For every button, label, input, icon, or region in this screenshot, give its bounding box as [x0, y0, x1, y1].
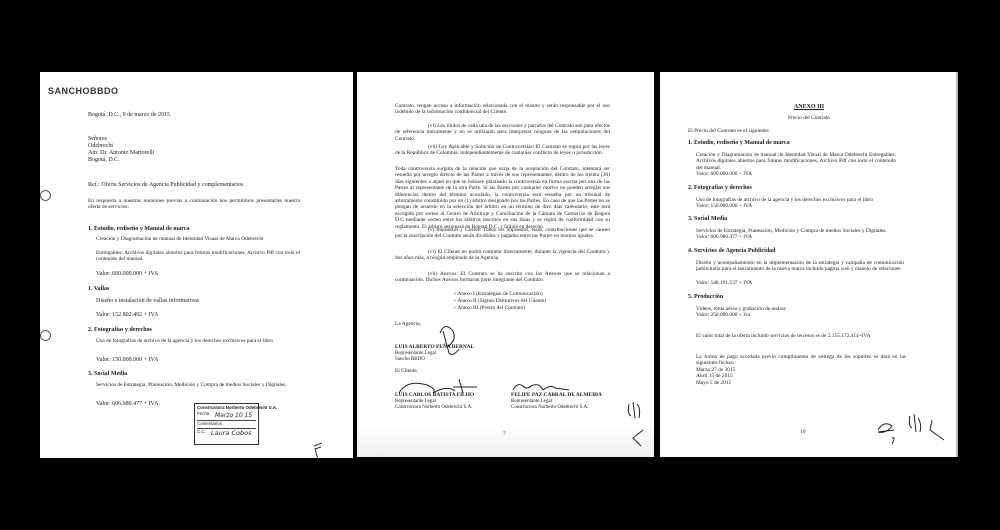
total-value: El valor total de la oferta incluido ser… [696, 333, 871, 340]
contract-paragraph: (vii) Ley Aplicable y Solución de Contro… [395, 144, 610, 157]
contract-paragraph: Toda controversia surgida de la relación… [395, 166, 610, 230]
stamp-fecha-row: Fecha Marzo 10 15 [197, 411, 256, 421]
section-value: Valor: 152.802.492 + IVA [96, 312, 158, 319]
section-title: 2. Fotografías y derechos [88, 327, 152, 334]
letter-date: Bogotá, D.C., 9 de marzo de 2015 [88, 112, 170, 119]
stamp-fecha-value: Marzo 10 15 [215, 412, 252, 419]
section-value: Valor: 150.000.000 + IVA [96, 357, 158, 364]
payment-date: Mayo 5 de 2015 [696, 380, 735, 386]
stamp-cc-label: C.C. [197, 429, 206, 434]
stamp-comentarios-label: Comentarios [197, 421, 222, 426]
contract-paragraph: (v) Impuestos y Costos: Todos los impues… [395, 227, 610, 240]
price-section-body: Creación y Diagramación de manual de Ide… [696, 152, 896, 171]
recipient-line: Señores [88, 136, 154, 143]
annex-label: Anexo I (Estrategias de Comunicación) [457, 291, 542, 297]
stamp-cc-value: Laura Cobos [211, 429, 251, 437]
client-label: El Cliente, [395, 368, 418, 375]
letter-page: SANCHOBBDO Bogotá, D.C., 9 de marzo de 2… [40, 72, 353, 458]
contract-paragraph: (vi) Los títulos de cada una de las secc… [395, 123, 610, 142]
price-section-title: 1. Estudio, rediseño y Manual de marca [688, 140, 789, 147]
annex-item: ○ Anexo II (Signos Distintivos del Clien… [453, 298, 546, 305]
signer-client-1: LUIS CARLOS BATISTA FILHO Representante … [395, 392, 474, 411]
price-section-title: 4. Servicios de Agencia Publicidad [688, 248, 776, 255]
signer-agency: LUIS ALBERTO PEÑA BERNAL Representante L… [395, 344, 474, 363]
annex-page: ANEXO III Precio del Contrato El Precio … [660, 72, 958, 457]
section-body: Uso de fotografías de archivo de la agen… [96, 338, 300, 344]
contract-paragraph: (vii) Anexos: El Contrato se ha suscrito… [395, 271, 610, 284]
initials-signature-icon [625, 398, 647, 448]
section-title: 3. Social Media [88, 371, 127, 378]
signer-org: Sancho BBDO [395, 357, 474, 363]
recipient-line: Odebrecht [88, 143, 154, 150]
payment-date: Abril 15 de 2015 [696, 373, 735, 379]
signer-org: Constructora Norberto Odebrecht S.A. [395, 405, 474, 411]
recipient-block: Señores Odebrecht Atn: Dr. Antonio Marto… [88, 136, 154, 164]
price-section-title: 5. Producción [688, 294, 723, 301]
section-value: Valor: 600.000.000 + IVA [96, 271, 158, 278]
received-stamp: Constructora Norberto Odebrecht S.A. Fec… [194, 403, 259, 445]
initials-signature-icon [308, 442, 328, 460]
annex-label: Anexo II (Signos Distintivos del Cliente… [457, 298, 546, 304]
annex-label: Anexo III (Precio del Contrato) [457, 305, 525, 311]
annex-item: ○ Anexo I (Estrategias de Comunicación) [453, 291, 546, 298]
stamp-cc-row: C.C. Laura Cobos [197, 429, 256, 438]
price-section-value: Valor: 548.191.537 + IVA [696, 280, 752, 287]
section-title: 1. Vallas [88, 286, 109, 293]
annex-intro: El Precio del Contrato es el siguiente: [688, 128, 769, 135]
section-body: Creación y Diagramación de manual de Ide… [96, 236, 300, 242]
recipient-line: Atn: Dr. Antonio Martorelli [88, 150, 154, 157]
section-value: Valor: 606.980.477 + IVA [96, 401, 158, 408]
payment-dates: Marzo 27 de 2015 Abril 15 de 2015 Mayo 5… [696, 367, 735, 386]
signer-name: FELIPE PAZ CABRAL DE ALMEIDA [511, 392, 602, 399]
annex-item: ○ Anexo III (Precio del Contrato) [453, 305, 546, 312]
signer-name: LUIS ALBERTO PEÑA BERNAL [395, 344, 474, 351]
page-number: 10 [800, 429, 805, 436]
contract-page: Contrato, tengan acceso a información re… [357, 72, 654, 457]
annex-title: ANEXO III [660, 104, 958, 111]
price-section-title: 3. Social Media [688, 216, 727, 223]
price-section-value: Valor: 600.000.000 + IVA [696, 171, 752, 178]
reference-line: Ref.: Oferta Servicios de Agencia Public… [88, 182, 243, 189]
stamp-fecha-label: Fecha [197, 411, 209, 416]
section-body: Entregables: Archivos digitales abiertos… [96, 250, 300, 263]
price-section-title: 2. Fotografías y derechos [688, 185, 752, 192]
payment-intro: La forma de pago acordada previo cumplim… [696, 354, 906, 367]
signer-client-2: FELIPE PAZ CABRAL DE ALMEIDA Representan… [511, 392, 602, 411]
section-body: Servicios de Estrategia, Planeación, Med… [96, 382, 300, 388]
signer-org: Constructora Norberto Odebrecht S.A. [511, 405, 602, 411]
signer-name: LUIS CARLOS BATISTA FILHO [395, 392, 474, 399]
stamp-company: Constructora Norberto Odebrecht S.A. [195, 404, 258, 411]
page-number: 7 [503, 431, 506, 438]
price-section-body: Diseño y acompañamiento en la implementa… [696, 260, 904, 273]
section-title: 1. Estudio, rediseño y Manual de marca [88, 226, 189, 233]
annex-subtitle: Precio del Contrato [660, 115, 958, 122]
agency-label: La Agencia, [395, 321, 421, 328]
price-section-value: Valor: 606.980.477 + IVA [696, 234, 752, 241]
price-section-value: Valor: 150.000.000 + IVA [696, 203, 752, 210]
contract-paragraph: Contrato, tengan acceso a información re… [395, 103, 610, 116]
initials-signatures-icon [874, 410, 954, 446]
recipient-line: Bogotá, D.C. [88, 157, 154, 164]
agency-logo: SANCHOBBDO [48, 86, 119, 96]
price-section-value: Valor: 250.000.000 + Iva [696, 312, 750, 319]
annex-list: ○ Anexo I (Estrategias de Comunicación) … [453, 291, 546, 312]
hole-punch-icon [40, 190, 51, 201]
hole-punch-icon [40, 330, 51, 341]
intro-paragraph: En respuesta a nuestras reuniones previa… [88, 198, 300, 211]
contract-paragraph: (vi) El Cliente no podrá contratar direc… [395, 249, 610, 262]
section-body: Diseño e instalación de vallas informati… [96, 298, 199, 305]
stamp-comentarios-row: Comentarios [197, 421, 256, 429]
